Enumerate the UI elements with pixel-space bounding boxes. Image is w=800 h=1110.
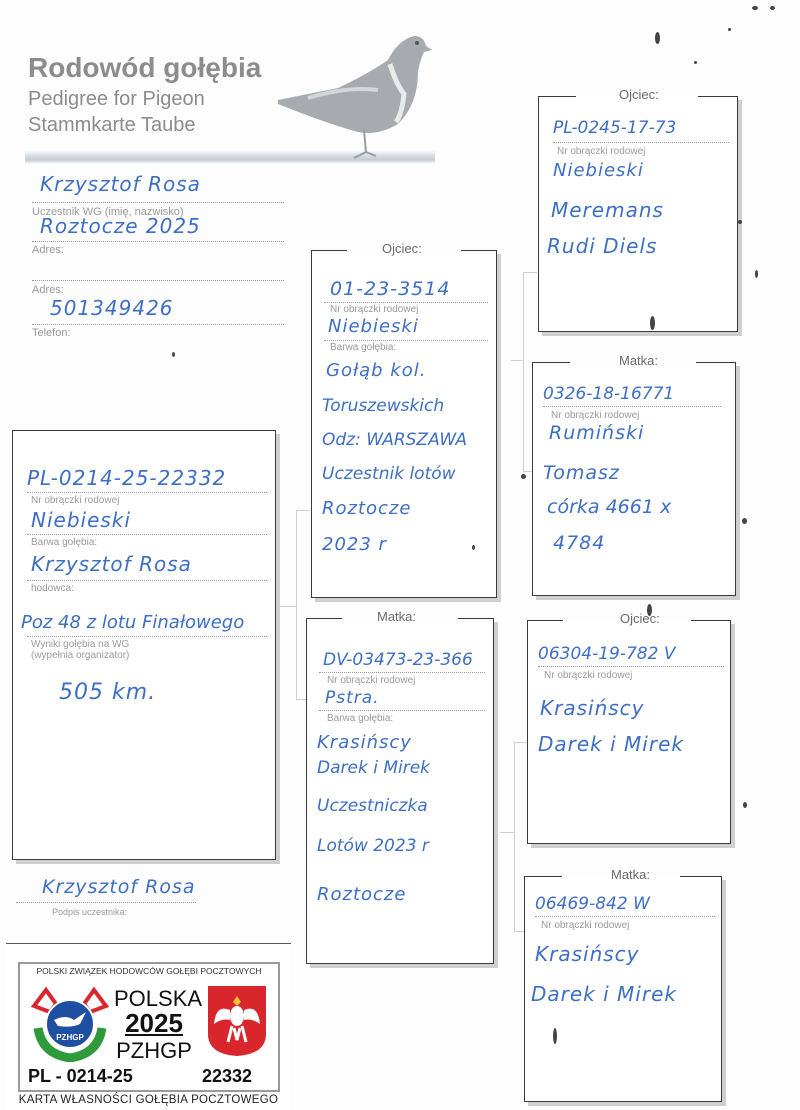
sire-ring-label: Nr obrączki rodowej bbox=[330, 304, 418, 315]
sire-dam-note-1: Rumiński bbox=[549, 422, 644, 444]
owner-address-value: Roztocze 2025 bbox=[40, 214, 201, 238]
dam-heading: Matka: bbox=[377, 609, 416, 624]
subject-breeder-label: hodowca: bbox=[31, 583, 74, 594]
dam-sire-ring-label: Nr obrączki rodowej bbox=[544, 670, 632, 681]
owner-phone-value: 501349426 bbox=[50, 296, 174, 320]
title-german: Stammkarte Taube bbox=[28, 114, 196, 137]
dam-dam-ring-value: 06469-842 W bbox=[535, 894, 650, 914]
sire-note-3: Odz: WARSZAWA bbox=[322, 430, 467, 450]
card-footer: KARTA WŁASNOŚCI GOŁĘBIA POCZTOWEGO bbox=[6, 1094, 291, 1106]
sire-dam-ring-value: 0326-18-16771 bbox=[543, 384, 674, 404]
subject-ring-value: PL-0214-25-22332 bbox=[27, 466, 226, 490]
dam-dam-note-1: Krasińscy bbox=[535, 942, 640, 966]
card-year: 2025 bbox=[114, 1008, 194, 1039]
dam-sire-note-1: Krasińscy bbox=[540, 696, 645, 720]
sire-color-label: Barwa gołębia: bbox=[330, 342, 396, 353]
sire-sire-note-2: Meremans bbox=[551, 198, 664, 222]
pigeon-icon bbox=[268, 24, 440, 164]
sire-dam-note-2: Tomasz bbox=[543, 462, 620, 484]
dam-note-5: Roztocze bbox=[317, 884, 406, 905]
sire-sire-note-1: Niebieski bbox=[553, 160, 644, 181]
subject-pigeon-box: PL-0214-25-22332 Nr obrączki rodowej Nie… bbox=[12, 430, 276, 860]
card-org-name: POLSKI ZWIĄZEK HODOWCÓW GOŁĘBI POCZTOWYC… bbox=[20, 966, 278, 976]
dam-ring-value: DV-03473-23-366 bbox=[323, 650, 473, 670]
subject-results-value: Poz 48 z lotu Finałowego bbox=[21, 612, 244, 633]
pzhgp-logo-icon: PZHGP bbox=[28, 982, 112, 1062]
dam-color-label: Barwa gołębia: bbox=[327, 713, 393, 724]
owner-name-value: Krzysztof Rosa bbox=[40, 172, 201, 196]
dam-dam-heading: Matka: bbox=[611, 867, 650, 882]
sire-ring-value: 01-23-3514 bbox=[330, 278, 450, 300]
sire-note-4: Uczestnik lotów bbox=[322, 464, 456, 484]
dam-ring-label: Nr obrączki rodowej bbox=[327, 675, 415, 686]
subject-ring-label: Nr obrączki rodowej bbox=[31, 495, 119, 506]
dam-note-3: Uczestniczka bbox=[317, 796, 428, 816]
sire-sire-note-3: Rudi Diels bbox=[547, 234, 657, 258]
sire-note-5: Roztocze bbox=[322, 498, 411, 519]
sire-sire-box: Ojciec: PL-0245-17-73 Nr obrączki rodowe… bbox=[538, 96, 738, 332]
sire-dam-heading: Matka: bbox=[619, 353, 658, 368]
sire-sire-heading: Ojciec: bbox=[619, 87, 659, 102]
sire-dam-box: Matka: 0326-18-16771 Nr obrączki rodowej… bbox=[532, 362, 736, 596]
card-abbr: PZHGP bbox=[114, 1038, 194, 1064]
sire-note-1: Gołąb kol. bbox=[326, 360, 426, 381]
signature-value: Krzysztof Rosa bbox=[42, 876, 196, 898]
dam-color-value: Pstra. bbox=[325, 688, 380, 708]
dam-sire-box: Ojciec: 06304-19-782 V Nr obrączki rodow… bbox=[527, 620, 731, 844]
svg-text:PZHGP: PZHGP bbox=[56, 1033, 84, 1042]
sire-box: Ojciec: 01-23-3514 Nr obrączki rodowej N… bbox=[311, 250, 497, 598]
subject-results-label: Wyniki gołębia na WG bbox=[31, 639, 129, 650]
card-ring-prefix: PL - 0214-25 bbox=[28, 1066, 133, 1087]
title-english: Pedigree for Pigeon bbox=[28, 88, 205, 111]
sire-note-6: 2023 r bbox=[322, 534, 387, 555]
signature-label: Podpis uczestnika: bbox=[52, 907, 127, 917]
dam-note-4: Lotów 2023 r bbox=[317, 836, 429, 856]
sire-dam-ring-label: Nr obrączki rodowej bbox=[551, 410, 639, 421]
dam-note-2: Darek i Mirek bbox=[317, 758, 430, 778]
dam-sire-ring-value: 06304-19-782 V bbox=[538, 644, 675, 664]
dam-note-1: Krasińscy bbox=[317, 732, 412, 753]
owner-address2-label: Adres: bbox=[32, 284, 64, 296]
dam-dam-note-2: Darek i Mirek bbox=[531, 982, 677, 1006]
dam-sire-note-2: Darek i Mirek bbox=[538, 732, 684, 756]
dam-dam-ring-label: Nr obrączki rodowej bbox=[541, 920, 629, 931]
sire-color-value: Niebieski bbox=[328, 316, 419, 337]
subject-color-value: Niebieski bbox=[31, 508, 131, 532]
owner-address-label: Adres: bbox=[32, 244, 64, 256]
subject-breeder-value: Krzysztof Rosa bbox=[31, 552, 192, 576]
subject-distance-value: 505 km. bbox=[59, 680, 156, 705]
sire-sire-ring-value: PL-0245-17-73 bbox=[553, 118, 676, 138]
owner-phone-label: Telefon: bbox=[32, 327, 71, 339]
ownership-card: POLSKI ZWIĄZEK HODOWCÓW GOŁĘBI POCZTOWYC… bbox=[6, 943, 291, 1110]
dam-sire-heading: Ojciec: bbox=[620, 611, 660, 626]
subject-color-label: Barwa gołębia: bbox=[31, 537, 97, 548]
title-polish: Rodowód gołębia bbox=[28, 52, 261, 84]
sire-sire-ring-label: Nr obrączki rodowej bbox=[557, 146, 645, 157]
sire-dam-note-3: córka 4661 x bbox=[547, 496, 671, 518]
dam-box: Matka: DV-03473-23-366 Nr obrączki rodow… bbox=[306, 618, 494, 964]
card-ring-number: 22332 bbox=[202, 1066, 252, 1087]
dam-dam-box: Matka: 06469-842 W Nr obrączki rodowej K… bbox=[524, 876, 722, 1102]
sire-note-2: Toruszewskich bbox=[322, 396, 444, 416]
sire-heading: Ojciec: bbox=[382, 241, 422, 256]
polish-eagle-emblem-icon bbox=[206, 984, 268, 1058]
sire-dam-note-4: 4784 bbox=[553, 532, 605, 554]
subject-results-note: (wypełnia organizator) bbox=[31, 650, 129, 661]
